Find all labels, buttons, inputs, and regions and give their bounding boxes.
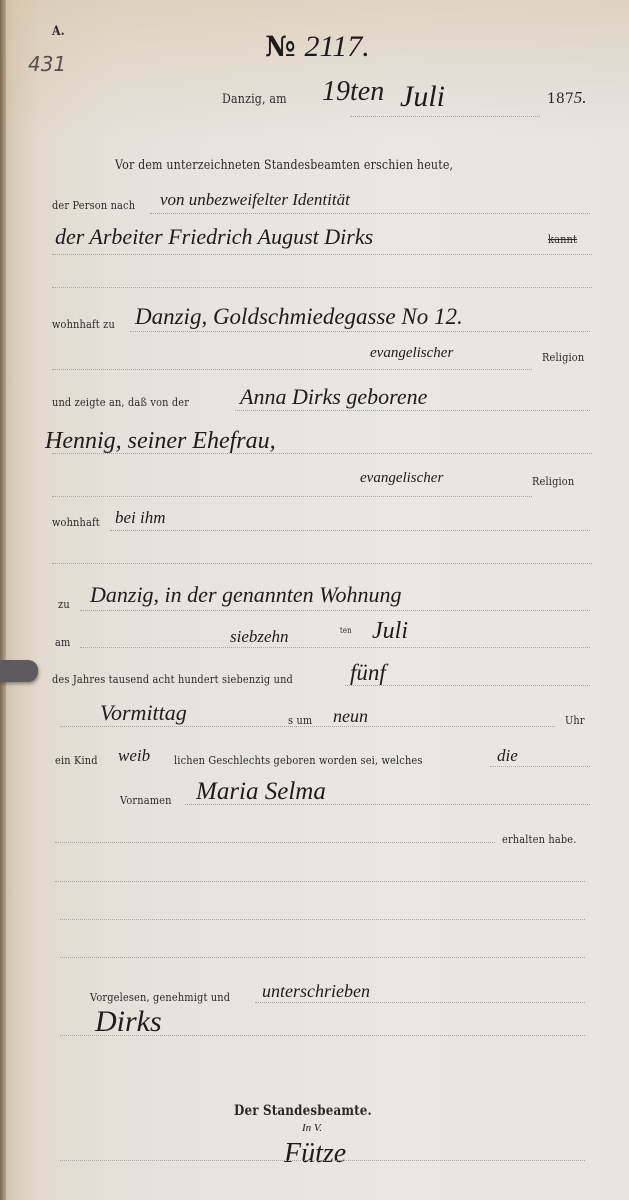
child-label: ein Kind <box>55 753 98 767</box>
registrar-signature-prefix: In V. <box>302 1122 322 1134</box>
mother-name: Anna Dirks geborene <box>240 384 427 410</box>
rule-line <box>52 254 592 255</box>
birth-place-value: Danzig, in der genannten Wohnung <box>90 582 401 608</box>
mother-residence-value: bei ihm <box>115 508 166 528</box>
rule-line <box>185 804 590 805</box>
book-binding-edge <box>0 0 6 1200</box>
birth-part-of-day: Vormittag <box>100 700 187 726</box>
birth-place-label: zu <box>58 597 70 611</box>
year-handwritten: 5. <box>574 88 587 107</box>
given-names-label: Vornamen <box>120 793 172 807</box>
rule-line <box>80 647 590 648</box>
rule-line <box>60 726 555 727</box>
year-printed: 187 <box>547 91 574 107</box>
paper-aging-tint <box>0 0 629 140</box>
rule-line <box>235 410 590 411</box>
rule-line <box>345 685 590 686</box>
registrar-signature: Fütze <box>284 1138 346 1170</box>
received-text: erhalten habe. <box>502 832 576 846</box>
rule-line <box>52 563 592 564</box>
rule-line <box>130 331 590 332</box>
pencil-annotation: 431 <box>28 52 66 76</box>
rule-line <box>55 842 495 843</box>
residence-value: Danzig, Goldschmiedegasse No 12. <box>135 304 463 330</box>
rule-line <box>350 116 540 117</box>
closing-label: Vorgelesen, genehmigt und <box>90 990 230 1004</box>
rule-line <box>52 453 592 454</box>
mother-maiden-name: Hennig, seiner Ehefrau, <box>45 428 276 455</box>
date-month: Juli <box>400 80 445 114</box>
rule-line <box>52 369 532 370</box>
child-article: die <box>497 746 518 766</box>
child-sex-label: lichen Geschlechts geboren worden sei, w… <box>174 753 423 767</box>
rule-line <box>60 957 585 958</box>
rule-line <box>52 287 592 288</box>
birth-year-label: des Jahres tausend acht hundert siebenzi… <box>52 672 293 686</box>
date-day: 19ten <box>322 76 384 108</box>
rule-line <box>60 1160 585 1161</box>
rule-line <box>80 610 590 611</box>
hour-label: Uhr <box>565 713 585 727</box>
date-year: 1875. <box>547 88 586 108</box>
child-sex: weib <box>118 746 150 766</box>
struck-text: kannt <box>548 232 577 246</box>
rule-line <box>52 496 532 497</box>
birth-time-connector: s um <box>288 713 312 727</box>
record-number: № 2117. <box>265 30 370 64</box>
informant-name: der Arbeiter Friedrich August Dirks <box>55 224 373 250</box>
birth-year-value: fünf <box>350 660 386 686</box>
given-names-value: Maria Selma <box>196 778 326 806</box>
rule-line <box>110 530 590 531</box>
rule-line <box>60 1035 585 1036</box>
person-identity: von unbezweifelter Identität <box>160 190 350 210</box>
page-tab-marker <box>0 660 38 682</box>
informant-signature: Dirks <box>95 1005 162 1039</box>
intro-text: Vor dem unterzeichneten Standesbeamten e… <box>115 158 453 173</box>
rule-line <box>150 213 590 214</box>
birth-date-label: am <box>55 635 70 649</box>
number-value: 2117. <box>305 30 370 63</box>
birth-hour: neun <box>333 706 368 727</box>
birth-day: siebzehn <box>230 627 289 647</box>
religion-label: Religion <box>542 350 584 364</box>
closing-value: unterschrieben <box>262 981 370 1002</box>
father-religion: evangelischer <box>370 345 453 362</box>
registrar-title: Der Standesbeamte. <box>234 1103 372 1119</box>
place-label: Danzig, am <box>222 92 287 107</box>
birth-day-suffix: ten <box>340 626 352 635</box>
residence-label: wohnhaft zu <box>52 317 115 331</box>
person-label: der Person nach <box>52 198 135 212</box>
rule-line <box>60 919 585 920</box>
religion-label-2: Religion <box>532 474 574 488</box>
rule-line <box>255 1002 585 1003</box>
corner-letter: A. <box>52 24 65 39</box>
birth-month: Juli <box>372 618 408 645</box>
rule-line <box>490 766 590 767</box>
mother-residence-label: wohnhaft <box>52 515 100 529</box>
mother-label: und zeigte an, daß von der <box>52 395 189 409</box>
rule-line <box>55 881 585 882</box>
mother-religion: evangelischer <box>360 470 443 487</box>
number-label: № <box>265 30 295 63</box>
